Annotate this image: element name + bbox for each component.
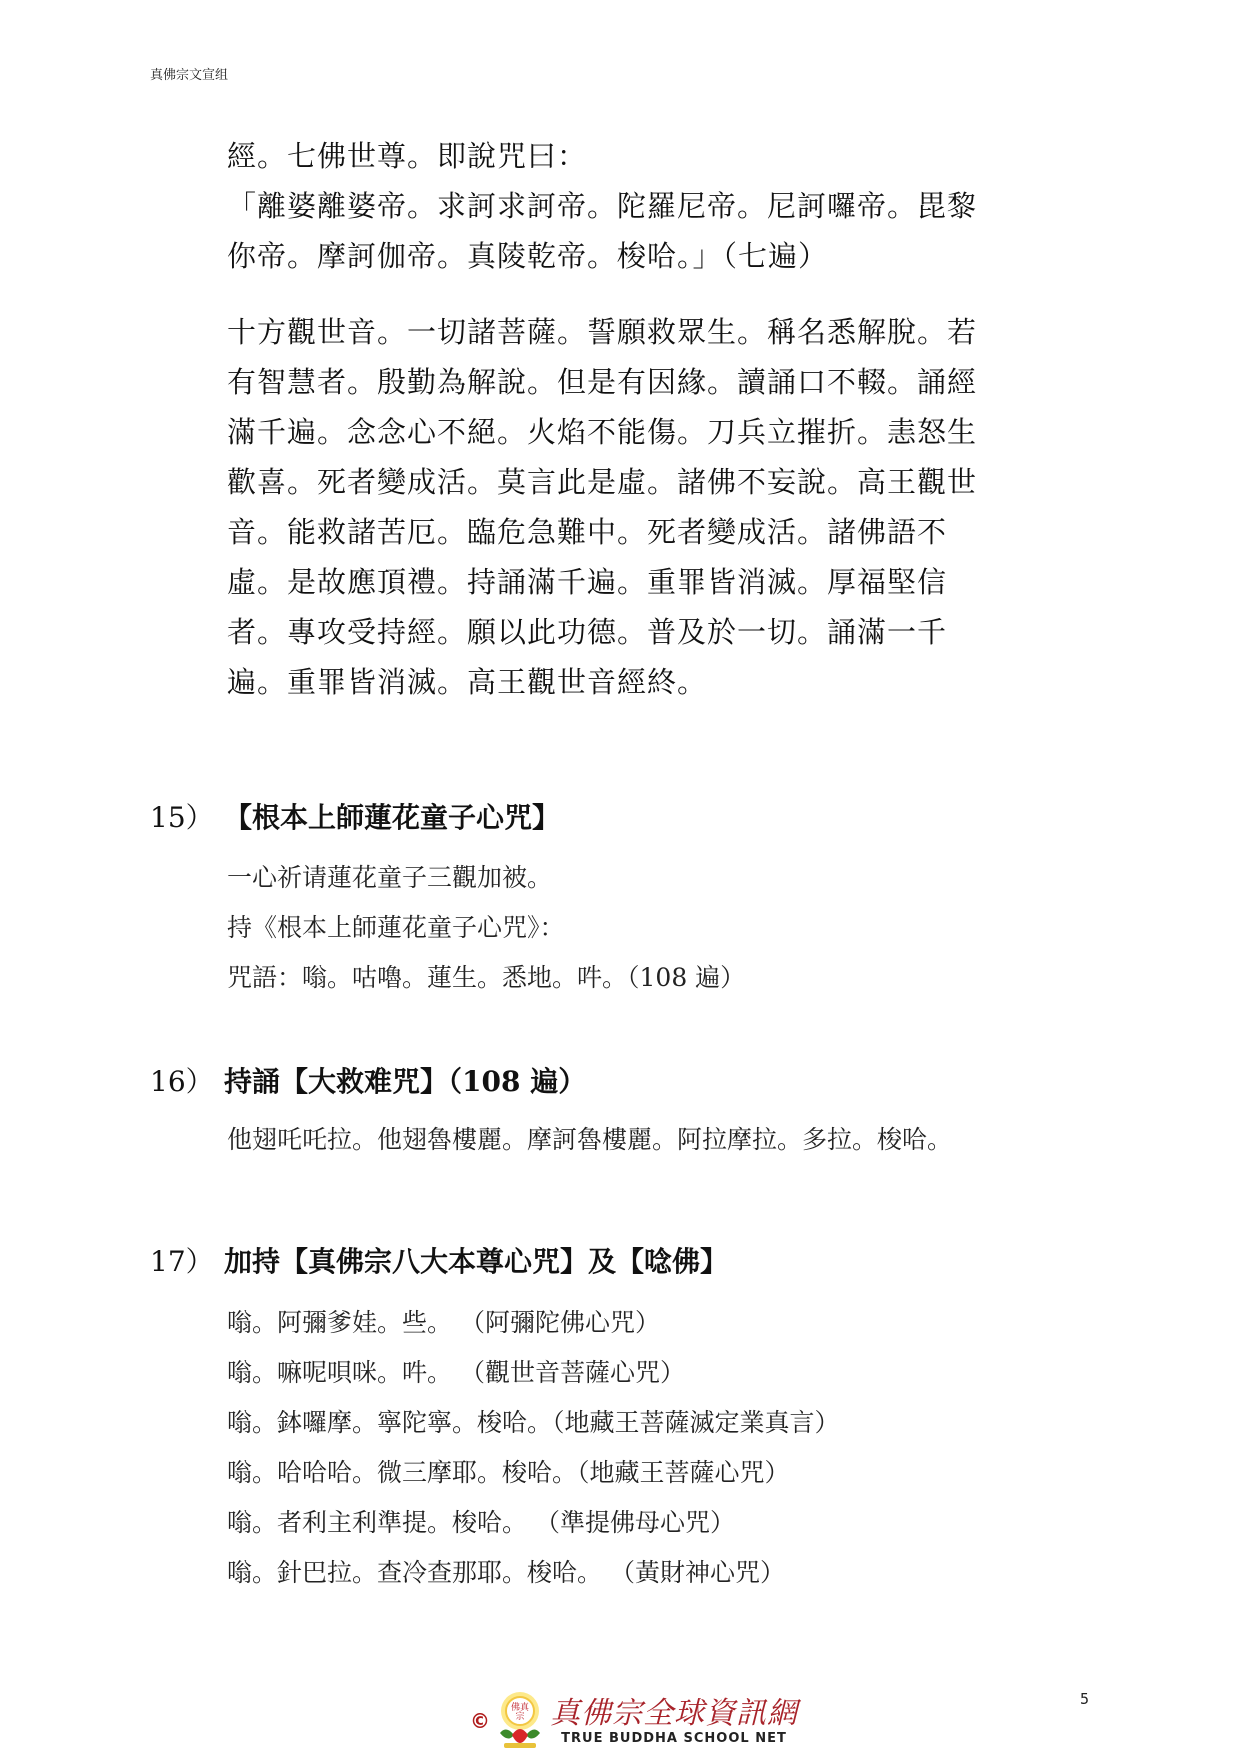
section-title: 加持【真佛宗八大本尊心咒】及【唸佛】 xyxy=(224,1245,728,1278)
text-line: 嗡。阿彌爹娃。些。 （阿彌陀佛心咒） xyxy=(227,1298,840,1348)
page-number: 5 xyxy=(1080,1690,1089,1708)
text-line: 虛。是故應頂禮。持誦滿千遍。重罪皆消滅。厚福堅信 xyxy=(227,557,1097,607)
copyright-icon: © xyxy=(470,1709,490,1733)
text-line: 一心祈请蓮花童子三觀加被。 xyxy=(227,853,745,903)
text-line: 咒語：嗡。咕嚕。蓮生。悉地。吽。（108 遍） xyxy=(227,953,745,1003)
section-title: 持誦【大救难咒】（108 遍） xyxy=(224,1065,586,1098)
text-line: 嗡。嘛呢唄咪。吽。 （觀世音菩薩心咒） xyxy=(227,1348,840,1398)
text-line: 歡喜。死者變成活。莫言此是虛。諸佛不妄說。高王觀世 xyxy=(227,457,1097,507)
text-line: 「離婆離婆帝。求訶求訶帝。陀羅尼帝。尼訶囉帝。毘黎 xyxy=(227,181,1097,231)
emblem-icon: 佛真 宗 xyxy=(496,1691,544,1751)
text-line: 你帝。摩訶伽帝。真陵乾帝。梭哈。」（七遍） xyxy=(227,231,1097,281)
section-body-15: 一心祈请蓮花童子三觀加被。 持《根本上師蓮花童子心咒》： 咒語：嗡。咕嚕。蓮生。… xyxy=(227,853,745,1003)
footer-brand: © 佛真 宗 真佛宗全球資訊網 TRUE BUDDHA SCHOOL NET xyxy=(470,1690,798,1752)
text-line: 嗡。哈哈哈。微三摩耶。梭哈。（地藏王菩薩心咒） xyxy=(227,1448,840,1498)
brand-name-chinese: 真佛宗全球資訊網 xyxy=(550,1697,798,1731)
text-line: 者。專攻受持經。願以此功德。普及於一切。誦滿一千 xyxy=(227,607,1097,657)
intro-paragraph: 經。七佛世尊。即說咒曰： 「離婆離婆帝。求訶求訶帝。陀羅尼帝。尼訶囉帝。毘黎 你… xyxy=(227,131,1097,281)
brand-wordmark: 真佛宗全球資訊網 TRUE BUDDHA SCHOOL NET xyxy=(550,1697,798,1746)
section-heading-16: 16）持誦【大救难咒】（108 遍） xyxy=(150,1060,586,1100)
section-body-17: 嗡。阿彌爹娃。些。 （阿彌陀佛心咒） 嗡。嘛呢唄咪。吽。 （觀世音菩薩心咒） 嗡… xyxy=(227,1298,840,1598)
section-title: 【根本上師蓮花童子心咒】 xyxy=(224,801,560,834)
text-line: 經。七佛世尊。即說咒曰： xyxy=(227,131,1097,181)
svg-text:宗: 宗 xyxy=(515,1710,524,1722)
text-line: 滿千遍。念念心不絕。火焰不能傷。刀兵立摧折。恚怒生 xyxy=(227,407,1097,457)
section-number: 17） xyxy=(150,1240,224,1280)
text-line: 遍。重罪皆消滅。高王觀世音經終。 xyxy=(227,657,1097,707)
text-line: 嗡。鉢囉摩。寧陀寧。梭哈。（地藏王菩薩滅定業真言） xyxy=(227,1398,840,1448)
text-line: 他翅吒吒拉。他翅魯樓麗。摩訶魯樓麗。阿拉摩拉。多拉。梭哈。 xyxy=(227,1115,952,1165)
header-org-name: 真佛宗文宣组 xyxy=(150,64,228,83)
section-heading-15: 15）【根本上師蓮花童子心咒】 xyxy=(150,796,560,836)
section-heading-17: 17）加持【真佛宗八大本尊心咒】及【唸佛】 xyxy=(150,1240,728,1280)
text-line: 持《根本上師蓮花童子心咒》： xyxy=(227,903,745,953)
section-body-16: 他翅吒吒拉。他翅魯樓麗。摩訶魯樓麗。阿拉摩拉。多拉。梭哈。 xyxy=(227,1115,952,1165)
brand-name-english: TRUE BUDDHA SCHOOL NET xyxy=(561,1731,787,1746)
text-line: 嗡。針巴拉。查冷查那耶。梭哈。 （黃財神心咒） xyxy=(227,1548,840,1598)
sutra-paragraph: 十方觀世音。一切諸菩薩。誓願救眾生。稱名悉解脫。若 有智慧者。殷勤為解說。但是有… xyxy=(227,307,1097,707)
text-line: 嗡。者利主利準提。梭哈。 （準提佛母心咒） xyxy=(227,1498,840,1548)
section-number: 15） xyxy=(150,796,224,836)
section-number: 16） xyxy=(150,1060,224,1100)
text-line: 音。能救諸苦厄。臨危急難中。死者變成活。諸佛語不 xyxy=(227,507,1097,557)
text-line: 十方觀世音。一切諸菩薩。誓願救眾生。稱名悉解脫。若 xyxy=(227,307,1097,357)
text-line: 有智慧者。殷勤為解說。但是有因緣。讀誦口不輟。誦經 xyxy=(227,357,1097,407)
